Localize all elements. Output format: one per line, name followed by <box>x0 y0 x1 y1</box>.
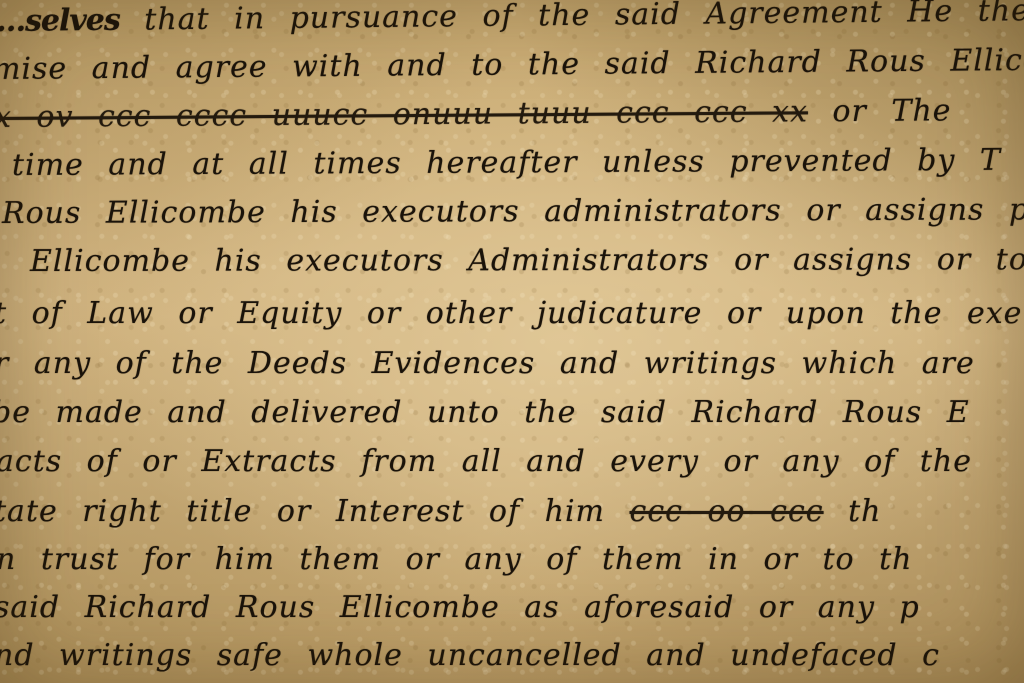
line-1-text: that in pursuance of the said Agreement … <box>120 0 1024 38</box>
line-2-text: mise and agree with and to the said Rich… <box>0 43 1024 87</box>
text-line-11: tate right title or Interest of him ccc … <box>0 494 881 529</box>
text-line-4: time and at all times hereafter unless p… <box>12 143 1001 183</box>
document-photo: …selves that in pursuance of the said Ag… <box>0 0 1024 683</box>
text-line-12: n trust for him them or any of them in o… <box>0 542 912 577</box>
text-line-9: be made and delivered unto the said Rich… <box>0 395 970 430</box>
line-5-text: Rous Ellicombe his executors administrat… <box>2 192 1024 231</box>
line-6-text: Ellicombe his executors Administrators o… <box>30 242 1024 279</box>
line-12-text: n trust for him them or any of them in o… <box>0 542 912 577</box>
line-7-text: t of Law or Equity or other judicature o… <box>0 296 1022 331</box>
handwritten-text-block: …selves that in pursuance of the said Ag… <box>0 0 1024 683</box>
text-line-7: t of Law or Equity or other judicature o… <box>0 296 1022 331</box>
line-10-text: acts of or Extracts from all and every o… <box>0 444 972 479</box>
text-line-8: r any of the Deeds Evidences and writing… <box>0 346 975 381</box>
line-4-text: time and at all times hereafter unless p… <box>12 143 1001 183</box>
text-line-14: nd writings safe whole uncancelled and u… <box>0 638 940 673</box>
line-3-struck-text: x ov ccc cccc uuucc onuuu tuuu ccc ccc x… <box>0 94 808 135</box>
line-14-text: nd writings safe whole uncancelled and u… <box>0 638 940 673</box>
text-line-6: Ellicombe his executors Administrators o… <box>30 242 1024 279</box>
text-line-5: Rous Ellicombe his executors administrat… <box>2 192 1024 231</box>
line-3-text: or The <box>808 93 952 129</box>
text-line-10: acts of or Extracts from all and every o… <box>0 444 972 479</box>
line-13-text: said Richard Rous Ellicombe as aforesaid… <box>0 590 920 625</box>
text-line-3: x ov ccc cccc uuucc onuuu tuuu ccc ccc x… <box>0 93 952 135</box>
line-9-text: be made and delivered unto the said Rich… <box>0 395 970 430</box>
line-11-text: tate right title or Interest of him <box>0 494 630 529</box>
line-11-end: th <box>824 494 882 529</box>
text-line-13: said Richard Rous Ellicombe as aforesaid… <box>0 590 920 625</box>
line-11-struck-text: ccc oo ccc <box>630 494 824 529</box>
text-line-2: mise and agree with and to the said Rich… <box>0 43 1024 87</box>
line-1-start: …selves <box>0 3 120 39</box>
line-8-text: r any of the Deeds Evidences and writing… <box>0 346 975 381</box>
text-line-1: …selves that in pursuance of the said Ag… <box>0 0 1024 39</box>
